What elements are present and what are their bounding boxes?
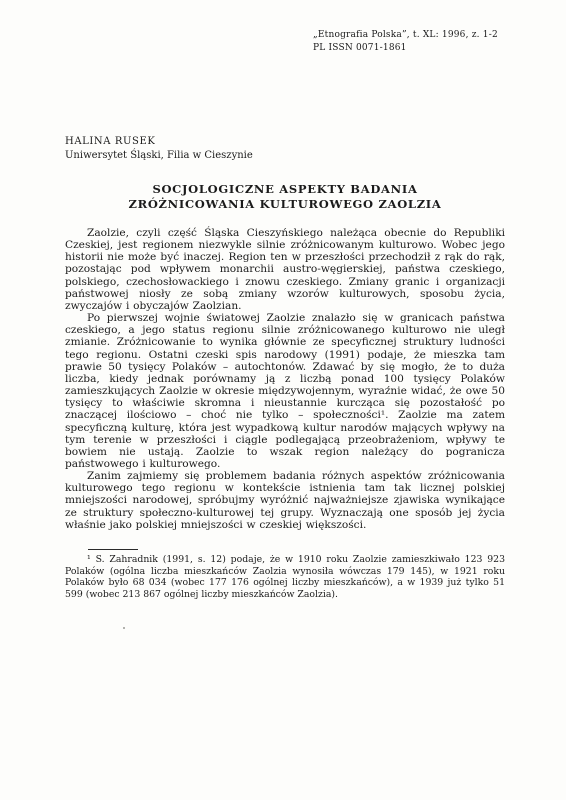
footnote-separator	[88, 549, 138, 550]
paragraph-3: Zanim zajmiemy się problemem badania róż…	[65, 470, 505, 531]
article-body: Zaolzie, czyli część Śląska Cieszyńskieg…	[65, 227, 505, 531]
journal-citation: „Etnografia Polska”, t. XL: 1996, z. 1-2	[313, 29, 498, 42]
footnote-text: ¹ S. Zahradnik (1991, s. 12) podaje, że …	[65, 554, 505, 601]
journal-page: „Etnografia Polska”, t. XL: 1996, z. 1-2…	[0, 0, 566, 800]
article-title-line1: SOCJOLOGICZNE ASPEKTY BADANIA	[152, 182, 417, 196]
article-title-line2: ZRÓŻNICOWANIA KULTUROWEGO ZAOLZIA	[128, 197, 441, 211]
scan-artifact-speck	[123, 627, 125, 629]
author-affiliation: Uniwersytet Śląski, Filia w Cieszynie	[65, 149, 253, 163]
paragraph-1: Zaolzie, czyli część Śląska Cieszyńskieg…	[65, 227, 505, 312]
article-title: SOCJOLOGICZNE ASPEKTY BADANIA ZRÓŻNICOWA…	[65, 182, 505, 212]
paragraph-2: Po pierwszej wojnie światowej Zaolzie zn…	[65, 312, 505, 470]
journal-issn: PL ISSN 0071-1861	[313, 42, 498, 55]
author-block: HALINA RUSEK Uniwersytet Śląski, Filia w…	[65, 135, 253, 162]
author-name: HALINA RUSEK	[65, 135, 253, 149]
journal-header: „Etnografia Polska”, t. XL: 1996, z. 1-2…	[313, 29, 498, 55]
